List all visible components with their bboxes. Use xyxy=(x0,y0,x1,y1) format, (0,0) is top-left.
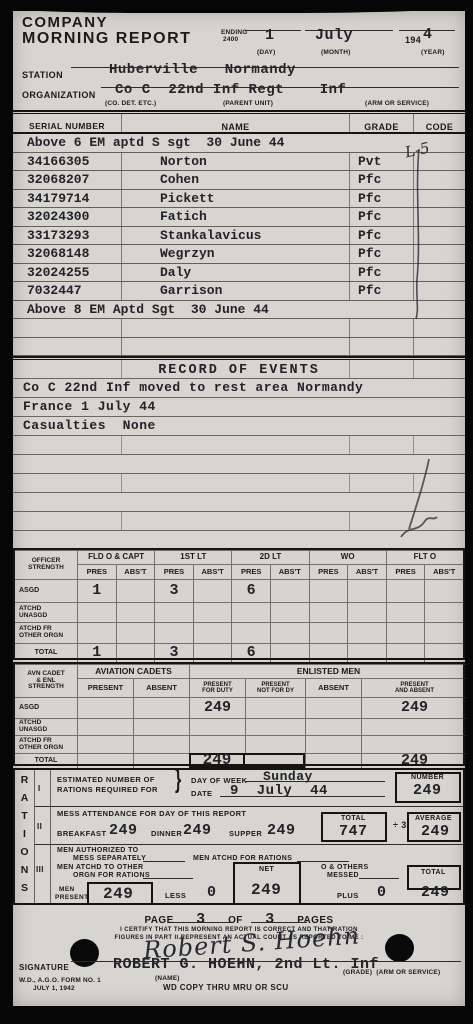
form-title-line1: COMPANY xyxy=(22,14,108,31)
breakfast-value: 249 xyxy=(109,822,138,839)
form-number: W.D., A.G.O. FORM NO. 1 xyxy=(19,977,101,984)
roster-row: 34179714PickettPfc xyxy=(13,190,465,209)
enlisted-row-asgd: ASGD xyxy=(15,697,77,718)
enlisted-group-enlisted: ENLISTED MEN xyxy=(189,664,467,678)
roster-empty-row xyxy=(13,319,465,338)
number-value: 249 xyxy=(413,782,442,799)
roster-row: 32024255DalyPfc xyxy=(13,264,465,283)
roster-header-grade: GRADE xyxy=(364,122,399,132)
officer-group-2lt: 2D LT xyxy=(231,550,308,564)
date-month-sublabel: (MONTH) xyxy=(321,49,351,56)
date-day-sublabel: (DAY) xyxy=(257,49,275,56)
officer-asgd-2lt-pres: 6 xyxy=(247,583,256,599)
events-line: Casualties None xyxy=(23,418,156,433)
net-label: NET xyxy=(259,866,274,874)
year-printed: 194 xyxy=(405,35,421,45)
form-paper: COMPANY MORNING REPORT ENDING 2400 1 (DA… xyxy=(13,11,465,1006)
roster-row: 32068207CohenPfc xyxy=(13,171,465,190)
officer-total-1lt-pres: 3 xyxy=(169,645,178,661)
mess-attendance-title: MESS ATTENDANCE FOR DAY OF THIS REPORT xyxy=(57,810,246,819)
roster-row: 33173293StankalavicusPfc xyxy=(13,227,465,246)
copy-note: WD COPY THRU MRU OR SCU xyxy=(163,983,289,992)
name-sublabel: (NAME) xyxy=(155,975,180,982)
roster-note-row: Above 8 EM Aptd Sgt 30 June 44 xyxy=(13,301,465,320)
rations-side-label: RATIONS xyxy=(19,774,31,900)
signature-label: SIGNATURE xyxy=(19,963,69,972)
ending-value: 2400 xyxy=(223,36,238,43)
org-sublabel-arm: (ARM OR SERVICE) xyxy=(365,100,429,107)
rations-block: RATIONS I ESTIMATED NUMBER OF RATIONS RE… xyxy=(13,768,465,905)
events-title: RECORD OF EVENTS xyxy=(158,363,320,378)
roster-note-row: Above 6 EM aptd S sgt 30 June 44 xyxy=(13,134,465,153)
enlisted-total-pfd: 249 xyxy=(203,752,232,769)
form-title-line2: MORNING REPORT xyxy=(22,30,191,48)
handwritten-stroke xyxy=(409,149,433,319)
roster-table: SERIAL NUMBER NAME GRADE CODE Above 6 EM… xyxy=(13,113,465,356)
enlisted-asgd-pa: 249 xyxy=(401,700,428,716)
page-number: 3 xyxy=(178,911,224,928)
year-written: 4 xyxy=(423,26,433,43)
divide-by-three: ÷ 3 xyxy=(393,820,407,830)
scanned-morning-report: COMPANY MORNING REPORT ENDING 2400 1 (DA… xyxy=(0,0,473,1024)
organization-label: ORGANIZATION xyxy=(22,90,96,100)
pages-total: 3 xyxy=(247,911,293,928)
officer-total-2lt-pres: 6 xyxy=(247,645,256,661)
officer-group-fldo: FLD O & CAPT xyxy=(77,550,154,564)
org-sublabel-parent: (PARENT UNIT) xyxy=(223,100,273,107)
roster-note: Above 6 EM aptd S sgt 30 June 44 xyxy=(13,136,284,151)
section-ii-numeral: II xyxy=(37,822,42,831)
events-line: France 1 July 44 xyxy=(23,399,156,414)
officer-asgd-1lt-pres: 3 xyxy=(169,583,178,599)
org-sublabel-co: (CO. DET. ETC.) xyxy=(105,100,156,107)
page-line: PAGE 3 OF 3 PAGES xyxy=(13,910,465,928)
roster-note: Above 8 EM Aptd Sgt 30 June 44 xyxy=(13,303,269,318)
roster-row: 7032447GarrisonPfc xyxy=(13,282,465,301)
roster-header-name: NAME xyxy=(221,122,249,132)
section-iii-numeral: III xyxy=(36,865,44,874)
less-value: 0 xyxy=(207,884,217,901)
roster-row: 32068148WegrzynPfc xyxy=(13,245,465,264)
enlisted-asgd-pfd: 249 xyxy=(204,700,231,716)
officer-asgd-fldo-pres: 1 xyxy=(92,583,101,599)
station-value: Huberville Normandy xyxy=(109,62,296,78)
punch-hole-right xyxy=(385,934,414,962)
officer-group-1lt: 1ST LT xyxy=(154,550,231,564)
mess-total-value: 747 xyxy=(339,823,368,840)
dinner-value: 249 xyxy=(183,822,212,839)
men-present-value: 249 xyxy=(103,885,133,903)
date-year-sublabel: (YEAR) xyxy=(421,49,445,56)
station-label: STATION xyxy=(22,70,63,80)
form-date: JULY 1, 1942 xyxy=(33,985,75,992)
supper-value: 249 xyxy=(267,822,296,839)
average-value: 249 xyxy=(421,823,450,840)
enlisted-row-total: TOTAL xyxy=(15,753,77,768)
enlisted-total-pa: 249 xyxy=(401,753,428,769)
net-value: 249 xyxy=(251,881,281,899)
punch-hole-left xyxy=(70,939,99,967)
brace-glyph: } xyxy=(175,766,182,795)
roster-row: 32024300FatichPfc xyxy=(13,208,465,227)
roster-header-code: CODE xyxy=(426,122,454,132)
officer-row-total: TOTAL xyxy=(15,643,77,662)
organization-value: Co C 22nd Inf Regt Inf xyxy=(115,82,346,98)
grade-sublabel: (GRADE) (ARM OR SERVICE) xyxy=(343,969,440,976)
officer-total-fldo-pres: 1 xyxy=(92,645,101,661)
signature-typed: ROBERT G. HOEHN, 2nd Lt. Inf xyxy=(113,956,379,973)
plus-value: 0 xyxy=(377,884,387,901)
roster-header-serial: SERIAL NUMBER xyxy=(29,122,105,132)
officer-group-wo: WO xyxy=(309,550,386,564)
section-i-numeral: I xyxy=(38,784,41,793)
roster-empty-row xyxy=(13,338,465,357)
events-line: Co C 22nd Inf moved to rest area Normand… xyxy=(23,380,363,395)
rations-total-value: 249 xyxy=(421,884,450,901)
officer-group-flto: FLT O xyxy=(386,550,463,564)
enlisted-strength-table: AVN CADET & ENL STRENGTH AVIATION CADETS… xyxy=(13,662,465,766)
roster-row: 34166305NortonPvt xyxy=(13,153,465,172)
number-label: NUMBER xyxy=(411,774,444,782)
handwritten-squiggle xyxy=(381,459,441,549)
officer-strength-table: OFFICER STRENGTH FLD O & CAPT 1ST LT 2D … xyxy=(13,548,465,660)
enlisted-group-aviation: AVIATION CADETS xyxy=(77,664,189,678)
officer-row-asgd: ASGD xyxy=(15,579,77,602)
